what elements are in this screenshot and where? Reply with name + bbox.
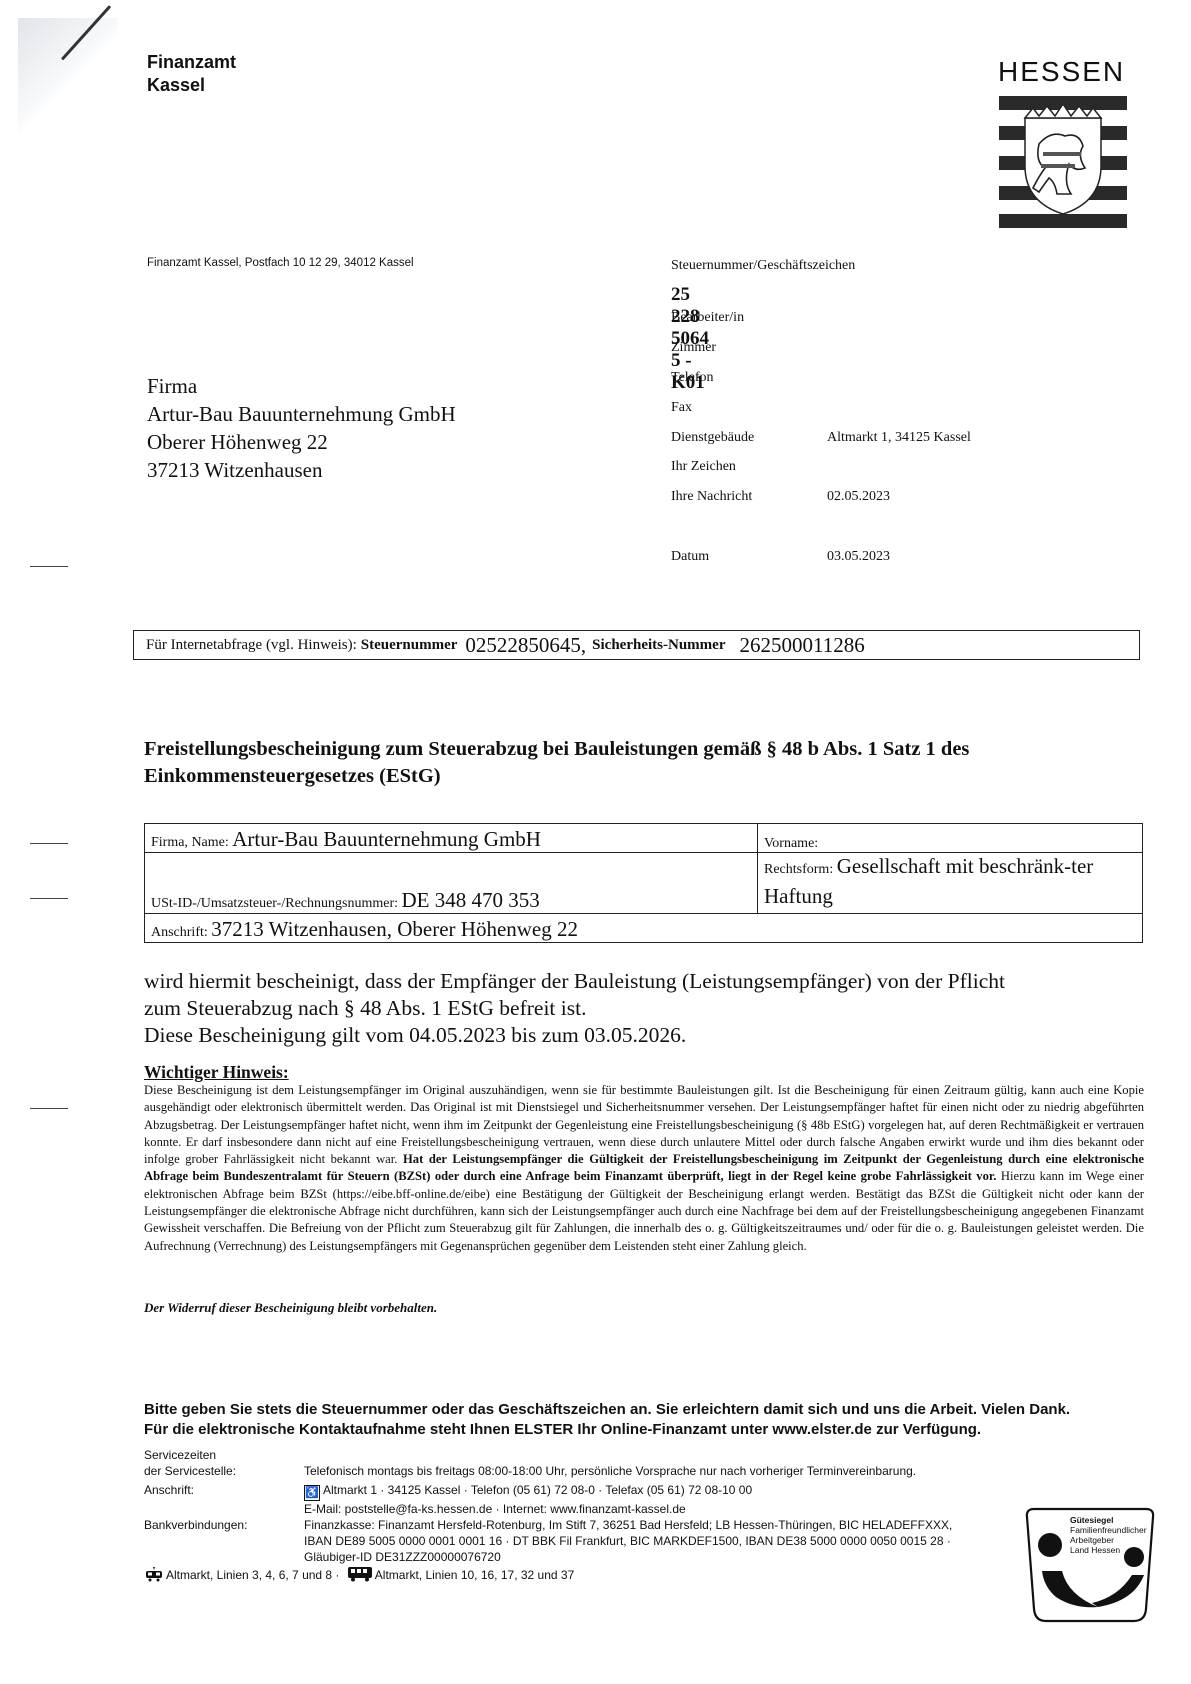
certification-statement: wird hiermit bescheinigt, dass der Empfä… — [144, 968, 1005, 1049]
notice-body: Diese Bescheinigung ist dem Leistungsemp… — [144, 1082, 1144, 1255]
issuing-office: Finanzamt Kassel — [147, 51, 236, 97]
address-cell: Anschrift: 37213 Witzenhausen, Oberer Hö… — [145, 914, 1143, 943]
fold-mark — [30, 566, 68, 567]
vat-label: USt-ID-/Umsatzsteuer-/Rechnungsnummer: — [151, 896, 398, 911]
company-name-value: Artur-Bau Bauunternehmung GmbH — [232, 827, 541, 851]
bus-icon — [347, 1566, 373, 1582]
meta-label-dienstgebaeude: Dienstgebäude — [671, 430, 754, 446]
meta-value-dienstgebaeude: Altmarkt 1, 34125 Kassel — [827, 430, 971, 446]
address-value: 37213 Witzenhausen, Oberer Höhenweg 22 — [211, 917, 578, 941]
svg-text:Arbeitgeber: Arbeitgeber — [1070, 1535, 1114, 1545]
page-corner-fold — [18, 18, 118, 148]
ref-label: Steuernummer/Geschäftszeichen — [671, 258, 855, 274]
office-name-line2: Kassel — [147, 74, 236, 97]
vat-value: DE 348 470 353 — [402, 888, 540, 912]
recipient-address: Firma Artur-Bau Bauunternehmung GmbH Obe… — [147, 372, 456, 484]
tram-lines: Altmarkt, Linien 3, 4, 6, 7 und 8 · — [166, 1568, 339, 1582]
svg-text:Gütesiegel: Gütesiegel — [1070, 1515, 1113, 1525]
recipient-line1: Firma — [147, 372, 456, 400]
meta-value-datum: 03.05.2023 — [827, 549, 890, 565]
punch-mark — [30, 898, 68, 899]
company-data-table: Firma, Name: Artur-Bau Bauunternehmung G… — [144, 823, 1143, 943]
recipient-street: Oberer Höhenweg 22 — [147, 428, 456, 456]
revocation-note: Der Widerruf dieser Bescheinigung bleibt… — [144, 1300, 437, 1316]
footer-notice-line1: Bitte geben Sie stets die Steuernummer o… — [144, 1400, 1070, 1420]
meta-label-ihr-zeichen: Ihr Zeichen — [671, 459, 736, 475]
wheelchair-icon: ♿ — [304, 1485, 320, 1501]
notice-title: Wichtiger Hinweis: — [144, 1062, 289, 1083]
footer-notice: Bitte geben Sie stets die Steuernummer o… — [144, 1400, 1070, 1440]
first-name-label: Vorname: — [764, 836, 818, 851]
internet-query-prefix: Für Internetabfrage (vgl. Hinweis): — [146, 637, 357, 654]
return-address: Finanzamt Kassel, Postfach 10 12 29, 340… — [147, 257, 414, 269]
tram-icon — [144, 1566, 164, 1582]
statement-line1: wird hiermit bescheinigt, dass der Empfä… — [144, 968, 1005, 995]
bank-label: Bankverbindungen: — [144, 1516, 247, 1534]
meta-label-bearbeiter: Bearbeiter/in — [671, 310, 744, 326]
security-number-value: 262500011286 — [739, 633, 864, 658]
creditor-id: Gläubiger-ID DE31ZZZ00000076720 — [304, 1548, 501, 1566]
internet-query-box: Für Internetabfrage (vgl. Hinweis): Steu… — [133, 630, 1140, 660]
fold-mark — [30, 1108, 68, 1109]
legal-form-label: Rechtsform: — [764, 862, 833, 877]
first-name-cell: Vorname: — [758, 824, 1143, 853]
footer-notice-line2: Für die elektronische Kontaktaufnahme st… — [144, 1420, 1070, 1440]
footer-address-text: Altmarkt 1 · 34125 Kassel · Telefon (05 … — [323, 1483, 752, 1497]
validity-period: Diese Bescheinigung gilt vom 04.05.2023 … — [144, 1022, 1005, 1049]
service-label2: der Servicestelle: — [144, 1462, 236, 1480]
footer-address-label: Anschrift: — [144, 1481, 194, 1499]
meta-label-fax: Fax — [671, 400, 692, 416]
svg-text:Familienfreundlicher: Familienfreundlicher — [1070, 1525, 1147, 1535]
state-name: HESSEN — [998, 56, 1125, 88]
tax-number-value: 02522850645, — [465, 633, 586, 658]
statement-line2: zum Steuerabzug nach § 48 Abs. 1 EStG be… — [144, 995, 1005, 1022]
meta-label-telefon: Telefon — [671, 370, 714, 386]
legal-form-cell: Rechtsform: Gesellschaft mit beschränk-t… — [758, 853, 1143, 914]
service-hours-text: Telefonisch montags bis freitags 08:00-1… — [304, 1462, 916, 1480]
address-label: Anschrift: — [151, 925, 208, 940]
company-name-label: Firma, Name: — [151, 835, 229, 850]
recipient-company: Artur-Bau Bauunternehmung GmbH — [147, 400, 456, 428]
family-friendly-employer-seal-icon: Gütesiegel Familienfreundlicher Arbeitge… — [1022, 1505, 1158, 1625]
svg-text:Land Hessen: Land Hessen — [1070, 1545, 1120, 1555]
vat-cell: USt-ID-/Umsatzsteuer-/Rechnungsnummer: D… — [145, 853, 758, 914]
public-transport-info: Altmarkt, Linien 3, 4, 6, 7 und 8 · Altm… — [144, 1566, 574, 1582]
security-number-label: Sicherheits-Nummer — [592, 637, 725, 654]
certificate-title: Freistellungsbescheinigung zum Steuerabz… — [144, 736, 1144, 790]
bus-lines: Altmarkt, Linien 10, 16, 17, 32 und 37 — [375, 1568, 574, 1582]
hessen-coat-of-arms-icon — [999, 96, 1127, 228]
company-name-cell: Firma, Name: Artur-Bau Bauunternehmung G… — [145, 824, 758, 853]
meta-label-datum: Datum — [671, 549, 709, 565]
fold-mark — [30, 843, 68, 844]
recipient-city: 37213 Witzenhausen — [147, 456, 456, 484]
meta-value-ihre-nachricht: 02.05.2023 — [827, 489, 890, 505]
office-name-line1: Finanzamt — [147, 51, 236, 74]
meta-label-ihre-nachricht: Ihre Nachricht — [671, 489, 752, 505]
meta-label-zimmer: Zimmer — [671, 340, 716, 356]
tax-number-label: Steuernummer — [361, 637, 458, 654]
